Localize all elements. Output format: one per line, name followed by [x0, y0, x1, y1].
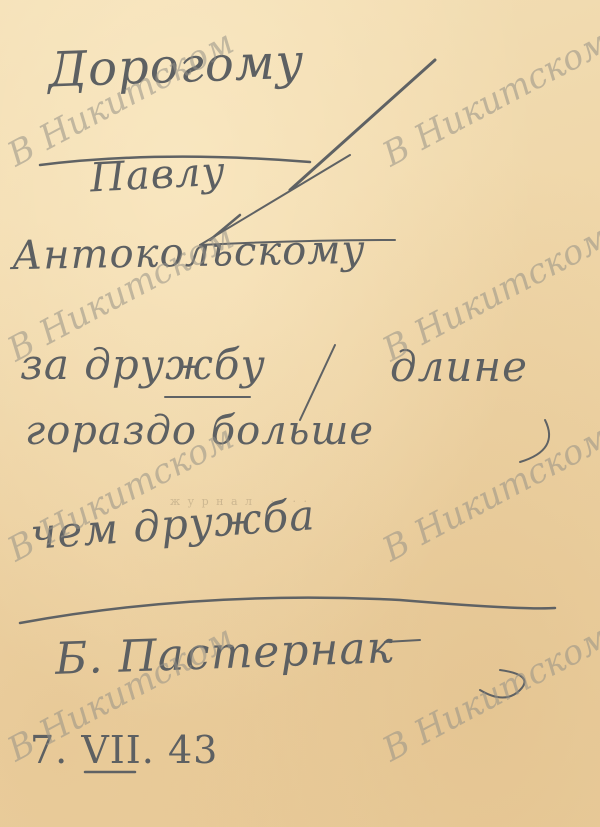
manuscript-page: ж у р н а л · · · · Дорогому Павлу Анток… — [0, 0, 600, 827]
name-line: Павлу — [89, 148, 227, 201]
